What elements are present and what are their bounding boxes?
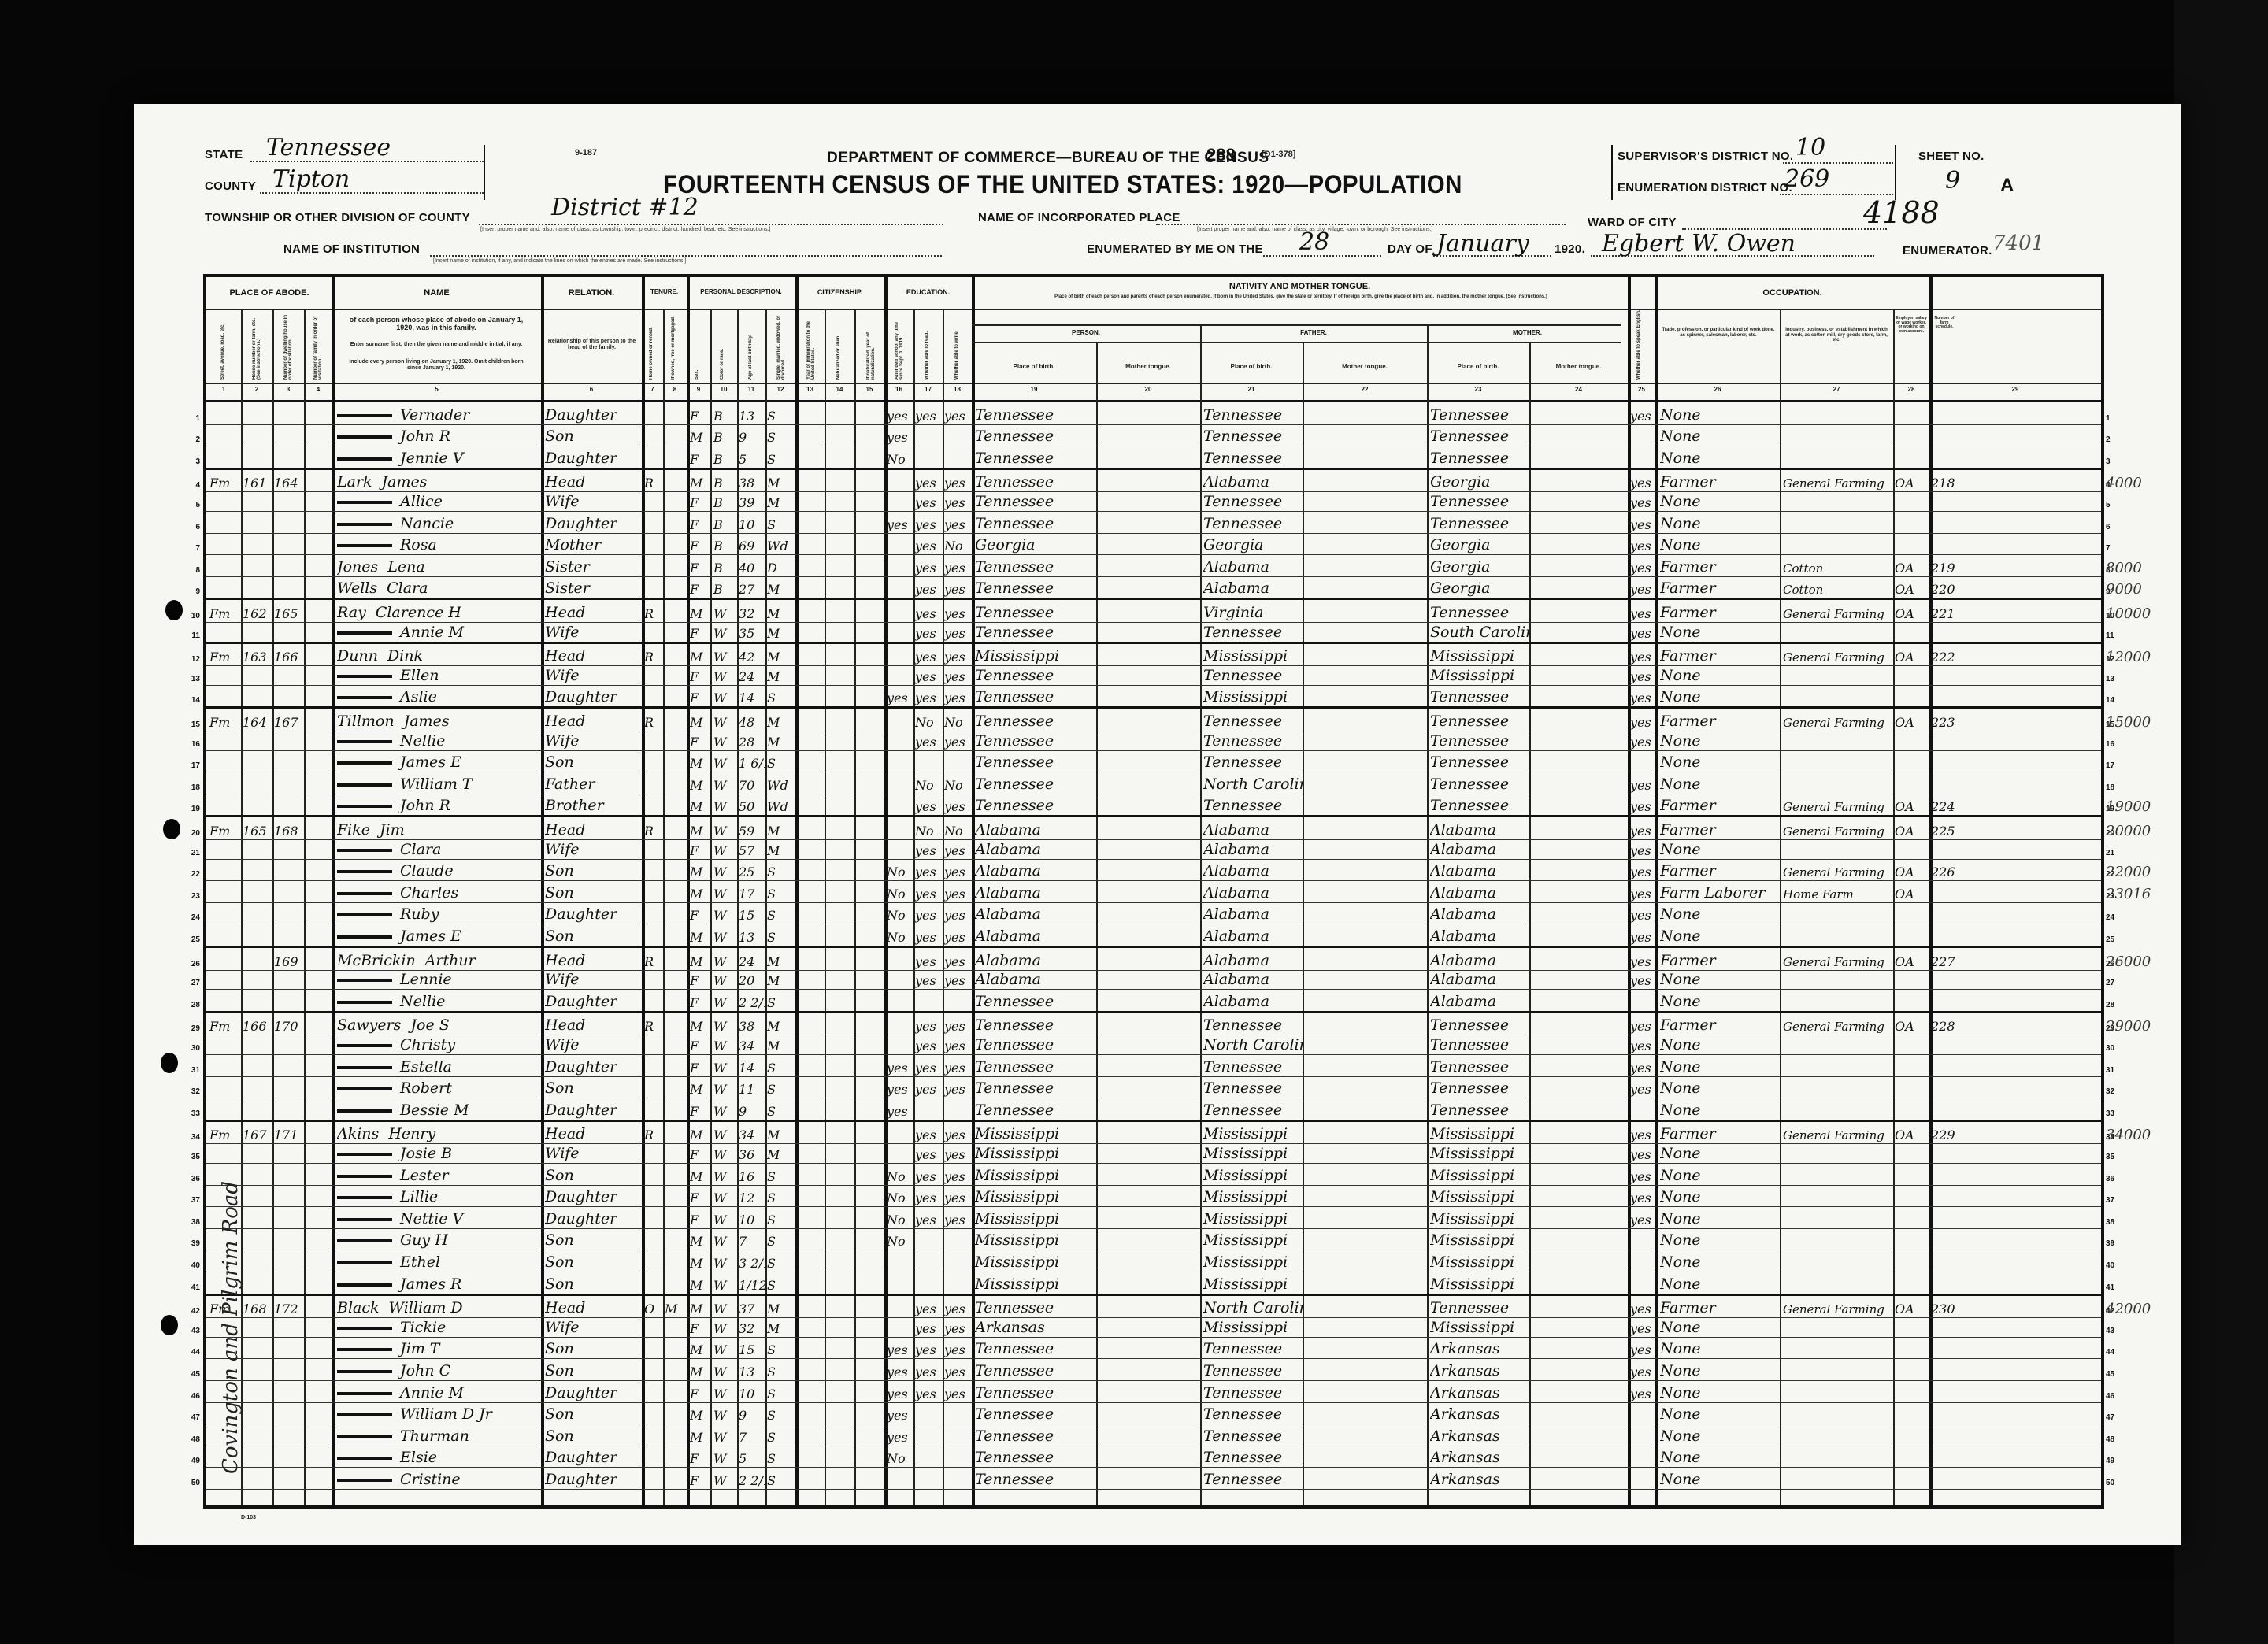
cell-school bbox=[887, 772, 913, 794]
cell-family bbox=[306, 1250, 332, 1272]
cell-birth: Arkansas bbox=[975, 1315, 1096, 1337]
line-number-right: 47 bbox=[2106, 1413, 2114, 1422]
cell-birth: Tennessee bbox=[975, 1402, 1096, 1424]
cell-relation: Daughter bbox=[545, 1054, 641, 1076]
cell-family bbox=[306, 511, 332, 533]
column-number: 17 bbox=[913, 386, 943, 393]
margin-annotation: 34000 bbox=[2106, 1127, 2151, 1143]
cell-family bbox=[306, 554, 332, 576]
cell-marital: S bbox=[767, 1206, 795, 1228]
cell-race: W bbox=[713, 1337, 737, 1359]
cell-sex: M bbox=[690, 424, 710, 446]
line-number-left: 17 bbox=[180, 761, 200, 770]
person-name: Christy bbox=[337, 1032, 540, 1054]
cell-tenure bbox=[644, 1337, 663, 1359]
cell-marital: D bbox=[767, 554, 795, 576]
cell-dwelling bbox=[274, 663, 304, 685]
cell-birth: Tennessee bbox=[975, 1076, 1096, 1098]
cell-marital: M bbox=[767, 1013, 795, 1035]
cell-mother-birth: Georgia bbox=[1430, 470, 1529, 492]
cell-birth: Alabama bbox=[975, 968, 1096, 990]
cell-write: yes bbox=[944, 859, 971, 881]
cell-read: yes bbox=[915, 1380, 942, 1402]
cell-street bbox=[209, 685, 241, 707]
line-number-left: 22 bbox=[180, 870, 200, 879]
cell-industry: General Farming bbox=[1783, 817, 1893, 839]
given-name: Ruby bbox=[400, 905, 439, 923]
ditto-dash bbox=[337, 1218, 392, 1221]
cell-occupation: None bbox=[1660, 1206, 1778, 1228]
cell-race: W bbox=[713, 1446, 737, 1468]
cell-school: yes bbox=[887, 1424, 913, 1446]
cell-class bbox=[1895, 1315, 1929, 1337]
given-name: Jim bbox=[380, 821, 405, 839]
cell-dwelling bbox=[274, 1163, 304, 1185]
cell-tenure bbox=[644, 1424, 663, 1446]
cell-mother-birth: Tennessee bbox=[1430, 709, 1529, 731]
cell-relation: Son bbox=[545, 750, 641, 772]
cell-family bbox=[306, 1098, 332, 1120]
cell-mother-birth: Arkansas bbox=[1430, 1337, 1529, 1359]
cell-dwelling bbox=[274, 1446, 304, 1468]
cell-age: 16 bbox=[739, 1163, 765, 1185]
cell-age: 3 2/12 bbox=[739, 1250, 765, 1272]
surname: Jones bbox=[337, 558, 378, 576]
group-personal: PERSONAL DESCRIPTION. bbox=[687, 288, 795, 295]
cell-write: yes bbox=[944, 968, 971, 990]
cell-race: W bbox=[713, 1163, 737, 1185]
cell-relation: Wife bbox=[545, 728, 641, 750]
cell-age: 7 bbox=[739, 1424, 765, 1446]
cell-race: W bbox=[713, 968, 737, 990]
cell-father-birth: Alabama bbox=[1203, 576, 1303, 598]
cell-birth: Tennessee bbox=[975, 1054, 1096, 1076]
line-number-left: 48 bbox=[180, 1435, 200, 1444]
cell-race: W bbox=[713, 644, 737, 666]
cell-mort bbox=[665, 709, 687, 731]
ditto-dash bbox=[337, 1196, 392, 1199]
cell-father-birth: Alabama bbox=[1203, 924, 1303, 946]
cell-dwelling bbox=[274, 1272, 304, 1294]
cell-father-birth: Tennessee bbox=[1203, 1076, 1303, 1098]
film-border-right bbox=[2173, 0, 2268, 1644]
cell-family bbox=[306, 600, 332, 622]
given-name: William T bbox=[400, 776, 472, 793]
cell-occupation: None bbox=[1660, 1380, 1778, 1402]
name-instruction: Enter surname first, then the given name… bbox=[342, 342, 531, 348]
cell-industry bbox=[1783, 1272, 1893, 1294]
cell-marital: Wd bbox=[767, 772, 795, 794]
cell-write: yes bbox=[944, 880, 971, 902]
form-code: [D1-378] bbox=[1262, 150, 1295, 159]
cell-family bbox=[306, 1076, 332, 1098]
cell-tenure bbox=[644, 1163, 663, 1185]
column-number: 22 bbox=[1303, 386, 1427, 393]
given-name: John R bbox=[400, 428, 450, 445]
cell-industry bbox=[1783, 1098, 1893, 1120]
cell-father-birth: Alabama bbox=[1203, 470, 1303, 492]
cell-tenure bbox=[644, 511, 663, 533]
cell-read: yes bbox=[915, 1337, 942, 1359]
cell-read: yes bbox=[915, 685, 942, 707]
cell-race: B bbox=[713, 402, 737, 424]
cell-industry bbox=[1783, 924, 1893, 946]
cell-marital: M bbox=[767, 1032, 795, 1054]
cell-school bbox=[887, 968, 913, 990]
cell-school: No bbox=[887, 1163, 913, 1185]
given-name: Josie B bbox=[400, 1145, 452, 1162]
cell-school bbox=[887, 709, 913, 731]
cell-dwelling bbox=[274, 1098, 304, 1120]
line-number-left: 32 bbox=[180, 1087, 200, 1096]
cell-street bbox=[209, 902, 241, 924]
given-name: Joe S bbox=[410, 1016, 449, 1034]
cell-class: OA bbox=[1895, 709, 1929, 731]
relation-description: Relationship of this person to the head … bbox=[547, 339, 637, 350]
cell-farm: 225 bbox=[1931, 817, 1962, 839]
line-number-left: 3 bbox=[180, 457, 200, 466]
cell-occupation: Farmer bbox=[1660, 470, 1778, 492]
department-heading: DEPARTMENT OF COMMERCE—BUREAU OF THE CEN… bbox=[827, 150, 1269, 167]
line-number-right: 39 bbox=[2106, 1239, 2114, 1248]
cell-relation: Son bbox=[545, 1272, 641, 1294]
cell-industry: General Farming bbox=[1783, 470, 1893, 492]
punch-hole bbox=[163, 819, 180, 839]
cell-house bbox=[243, 1250, 272, 1272]
cell-industry bbox=[1783, 1315, 1893, 1337]
cell-read: yes bbox=[915, 1163, 942, 1185]
person-name: Charles bbox=[337, 880, 540, 902]
cell-mort bbox=[665, 859, 687, 881]
cell-house bbox=[243, 663, 272, 685]
line-number-right: 11 bbox=[2106, 631, 2114, 640]
census-row: John RSonMB9SyesTennesseeTennesseeTennes… bbox=[206, 424, 2101, 447]
cell-read: yes bbox=[915, 1185, 942, 1207]
cell-occupation: None bbox=[1660, 772, 1778, 794]
cell-farm: 227 bbox=[1931, 948, 1962, 970]
cell-mother-birth: Mississippi bbox=[1430, 1206, 1529, 1228]
cell-marital: M bbox=[767, 644, 795, 666]
cell-house bbox=[243, 1467, 272, 1489]
cell-birth: Tennessee bbox=[975, 1424, 1096, 1446]
cell-marital: M bbox=[767, 837, 795, 859]
cell-age: 9 bbox=[739, 1098, 765, 1120]
cell-school bbox=[887, 663, 913, 685]
census-row: NellieWifeFW28MyesyesTennesseeTennesseeT… bbox=[206, 728, 2101, 751]
cell-house: 168 bbox=[243, 1296, 272, 1318]
cell-marital: Wd bbox=[767, 533, 795, 555]
cell-sex: M bbox=[690, 1272, 710, 1294]
cell-age: 32 bbox=[739, 600, 765, 622]
given-name: Vernader bbox=[400, 406, 469, 424]
cell-tenure bbox=[644, 880, 663, 902]
cell-tenure bbox=[644, 1250, 663, 1272]
cell-relation: Brother bbox=[545, 794, 641, 816]
cell-house bbox=[243, 794, 272, 816]
cell-class bbox=[1895, 533, 1929, 555]
cell-house bbox=[243, 1380, 272, 1402]
cell-tenure bbox=[644, 620, 663, 642]
cell-tenure bbox=[644, 489, 663, 511]
cell-farm bbox=[1931, 750, 1962, 772]
cell-write: yes bbox=[944, 1013, 971, 1035]
cell-marital: S bbox=[767, 1272, 795, 1294]
surname: Tillmon bbox=[337, 713, 395, 730]
cell-relation: Wife bbox=[545, 663, 641, 685]
cell-sex: M bbox=[690, 1402, 710, 1424]
cell-mort bbox=[665, 424, 687, 446]
ditto-dash bbox=[337, 1261, 392, 1264]
cell-read: yes bbox=[915, 1076, 942, 1098]
cell-occupation: Farmer bbox=[1660, 576, 1778, 598]
cell-english: yes bbox=[1630, 1076, 1655, 1098]
cell-father-birth: Mississippi bbox=[1203, 1228, 1303, 1250]
cell-marital: M bbox=[767, 948, 795, 970]
cell-house bbox=[243, 880, 272, 902]
cell-father-birth: Tennessee bbox=[1203, 620, 1303, 642]
cell-relation: Daughter bbox=[545, 1446, 641, 1468]
cell-read bbox=[915, 1402, 942, 1424]
cell-tenure bbox=[644, 859, 663, 881]
sheet-side: A bbox=[2000, 175, 2014, 197]
cell-tenure bbox=[644, 772, 663, 794]
cell-tenure bbox=[644, 1446, 663, 1468]
cell-mort bbox=[665, 1054, 687, 1076]
cell-marital: S bbox=[767, 1402, 795, 1424]
cell-tenure bbox=[644, 1185, 663, 1207]
cell-age: 13 bbox=[739, 924, 765, 946]
cell-occupation: Farmer bbox=[1660, 554, 1778, 576]
cell-mother-birth: Alabama bbox=[1430, 948, 1529, 970]
cell-mother-birth: Mississippi bbox=[1430, 1141, 1529, 1163]
ditto-dash bbox=[337, 1435, 392, 1438]
cell-mort bbox=[665, 576, 687, 598]
cell-school bbox=[887, 989, 913, 1011]
cell-family bbox=[306, 989, 332, 1011]
cell-father-birth: Tennessee bbox=[1203, 709, 1303, 731]
cell-sex: M bbox=[690, 880, 710, 902]
cell-street bbox=[209, 554, 241, 576]
column-number: 9 bbox=[687, 386, 710, 393]
cell-street bbox=[209, 533, 241, 555]
cell-mother-birth: Tennessee bbox=[1430, 424, 1529, 446]
line-number-right: 44 bbox=[2106, 1348, 2114, 1357]
cell-class bbox=[1895, 750, 1929, 772]
cell-mort bbox=[665, 470, 687, 492]
cell-marital: M bbox=[767, 1122, 795, 1144]
line-number-right: 24 bbox=[2106, 913, 2114, 922]
cell-house bbox=[243, 772, 272, 794]
cell-dwelling bbox=[274, 620, 304, 642]
line-number-left: 7 bbox=[180, 544, 200, 553]
cell-tenure bbox=[644, 1141, 663, 1163]
line-number-right: 36 bbox=[2106, 1175, 2114, 1183]
given-name: Cristine bbox=[400, 1471, 461, 1488]
given-name: Elsie bbox=[400, 1449, 437, 1466]
cell-mother-birth: Georgia bbox=[1430, 554, 1529, 576]
cell-race: W bbox=[713, 880, 737, 902]
cell-dwelling: 167 bbox=[274, 709, 304, 731]
line-number-left: 43 bbox=[180, 1327, 200, 1335]
cell-school bbox=[887, 750, 913, 772]
cell-school bbox=[887, 576, 913, 598]
cell-industry bbox=[1783, 1076, 1893, 1098]
census-row: VernaderDaughterFB13SyesyesyesTennesseeT… bbox=[206, 402, 2101, 425]
line-number-right: 33 bbox=[2106, 1109, 2114, 1118]
given-name: James E bbox=[400, 928, 461, 945]
cell-write: yes bbox=[944, 511, 971, 533]
cell-mother-birth: Mississippi bbox=[1430, 644, 1529, 666]
cell-industry: General Farming bbox=[1783, 794, 1893, 816]
person-name: Allice bbox=[337, 489, 540, 511]
cell-birth: Tennessee bbox=[975, 1337, 1096, 1359]
speak-english-head: Whether able to speak English. bbox=[1636, 293, 1641, 380]
cell-tenure bbox=[644, 837, 663, 859]
cell-relation: Son bbox=[545, 1358, 641, 1380]
given-name: James R bbox=[400, 1276, 461, 1293]
cell-school bbox=[887, 1467, 913, 1489]
cell-write: No bbox=[944, 533, 971, 555]
cell-birth: Tennessee bbox=[975, 554, 1096, 576]
cell-house bbox=[243, 1402, 272, 1424]
cell-mort bbox=[665, 837, 687, 859]
cell-family bbox=[306, 644, 332, 666]
cell-race: W bbox=[713, 1013, 737, 1035]
cell-occupation: None bbox=[1660, 1250, 1778, 1272]
census-row: Josie BWifeFW36MyesyesMississippiMississ… bbox=[206, 1141, 2101, 1164]
line-number-left: 23 bbox=[180, 892, 200, 901]
cell-father-birth: Georgia bbox=[1203, 533, 1303, 555]
cell-race: W bbox=[713, 902, 737, 924]
cell-race: W bbox=[713, 1467, 737, 1489]
cell-english: yes bbox=[1630, 1185, 1655, 1207]
cell-mort bbox=[665, 902, 687, 924]
cell-sex: M bbox=[690, 859, 710, 881]
given-name: Clarence H bbox=[376, 604, 461, 621]
line-number-right: 40 bbox=[2106, 1261, 2114, 1270]
cell-industry: Cotton bbox=[1783, 576, 1893, 598]
cell-age: 57 bbox=[739, 837, 765, 859]
cell-father-birth: Mississippi bbox=[1203, 1250, 1303, 1272]
enumerated-day: 28 bbox=[1299, 228, 1329, 256]
line-number-left: 42 bbox=[180, 1307, 200, 1316]
cell-english bbox=[1630, 1424, 1655, 1446]
cell-marital: S bbox=[767, 1098, 795, 1120]
cell-industry bbox=[1783, 511, 1893, 533]
person-name: McBrickinArthur bbox=[337, 948, 540, 970]
cell-age: 11 bbox=[739, 1076, 765, 1098]
cell-dwelling: 164 bbox=[274, 470, 304, 492]
cell-occupation: Farmer bbox=[1660, 1013, 1778, 1035]
census-row: TickieWifeFW32MyesyesArkansasMississippi… bbox=[206, 1315, 2101, 1338]
cell-relation: Wife bbox=[545, 620, 641, 642]
cell-english: yes bbox=[1630, 576, 1655, 598]
cell-relation: Daughter bbox=[545, 685, 641, 707]
cell-school: yes bbox=[887, 1076, 913, 1098]
cell-family bbox=[306, 728, 332, 750]
cell-mort bbox=[665, 620, 687, 642]
state-label: STATE bbox=[205, 148, 243, 161]
cell-house bbox=[243, 948, 272, 970]
cell-marital: M bbox=[767, 1296, 795, 1318]
cell-marital: S bbox=[767, 924, 795, 946]
cell-class bbox=[1895, 1076, 1929, 1098]
cell-read bbox=[915, 424, 942, 446]
cell-dwelling: 166 bbox=[274, 644, 304, 666]
line-number-left: 21 bbox=[180, 849, 200, 857]
line-number-left: 30 bbox=[180, 1044, 200, 1053]
cell-farm bbox=[1931, 1228, 1962, 1250]
cell-school bbox=[887, 794, 913, 816]
cell-relation: Son bbox=[545, 924, 641, 946]
cell-class bbox=[1895, 1380, 1929, 1402]
census-row: Guy HSonMW7SNoMississippiMississippiMiss… bbox=[206, 1228, 2101, 1251]
cell-sex: M bbox=[690, 794, 710, 816]
cell-relation: Head bbox=[545, 644, 641, 666]
cell-father-birth: Alabama bbox=[1203, 817, 1303, 839]
cell-tenure bbox=[644, 402, 663, 424]
cell-farm: 219 bbox=[1931, 554, 1962, 576]
cell-birth: Tennessee bbox=[975, 1098, 1096, 1120]
cell-english: yes bbox=[1630, 968, 1655, 990]
cell-marital: Wd bbox=[767, 794, 795, 816]
cell-english bbox=[1630, 1250, 1655, 1272]
cell-house bbox=[243, 859, 272, 881]
cell-occupation: Farmer bbox=[1660, 600, 1778, 622]
census-row: John CSonMW13SyesyesyesTennesseeTennesse… bbox=[206, 1358, 2101, 1381]
cell-occupation: None bbox=[1660, 1272, 1778, 1294]
cell-mort bbox=[665, 489, 687, 511]
cell-family bbox=[306, 1141, 332, 1163]
person-birth-head: Place of birth. bbox=[972, 364, 1096, 371]
cell-sex: M bbox=[690, 1122, 710, 1144]
cell-tenure bbox=[644, 533, 663, 555]
cell-farm: 223 bbox=[1931, 709, 1962, 731]
cell-school: yes bbox=[887, 685, 913, 707]
line-number-left: 47 bbox=[180, 1413, 200, 1422]
cell-birth: Georgia bbox=[975, 533, 1096, 555]
road-side-note: Covington and Pilgrim Road bbox=[219, 1181, 243, 1474]
cell-farm bbox=[1931, 1467, 1962, 1489]
cell-relation: Daughter bbox=[545, 1206, 641, 1228]
cell-dwelling bbox=[274, 446, 304, 468]
person-name: Claude bbox=[337, 859, 540, 881]
cell-house: 163 bbox=[243, 644, 272, 666]
cell-race: B bbox=[713, 554, 737, 576]
cell-family bbox=[306, 837, 332, 859]
cell-dwelling bbox=[274, 489, 304, 511]
cell-english: yes bbox=[1630, 402, 1655, 424]
cell-english bbox=[1630, 1228, 1655, 1250]
column-number-row: 1234567891011121314151617181920212223242… bbox=[206, 386, 2101, 398]
margin-annotation: 10000 bbox=[2106, 605, 2151, 622]
cell-english: yes bbox=[1630, 924, 1655, 946]
line-number-right: 14 bbox=[2106, 696, 2114, 705]
cell-relation: Head bbox=[545, 817, 641, 839]
line-number-left: 37 bbox=[180, 1196, 200, 1205]
column-number: 20 bbox=[1096, 386, 1200, 393]
line-number-right: 16 bbox=[2106, 740, 2114, 749]
cell-relation: Daughter bbox=[545, 902, 641, 924]
cell-birth: Alabama bbox=[975, 817, 1096, 839]
cell-house bbox=[243, 511, 272, 533]
cell-english: yes bbox=[1630, 1206, 1655, 1228]
cell-dwelling: 169 bbox=[274, 948, 304, 970]
cell-mort bbox=[665, 685, 687, 707]
person-name: Aslie bbox=[337, 685, 540, 707]
cell-sex: F bbox=[690, 1185, 710, 1207]
ditto-dash bbox=[337, 1348, 392, 1351]
